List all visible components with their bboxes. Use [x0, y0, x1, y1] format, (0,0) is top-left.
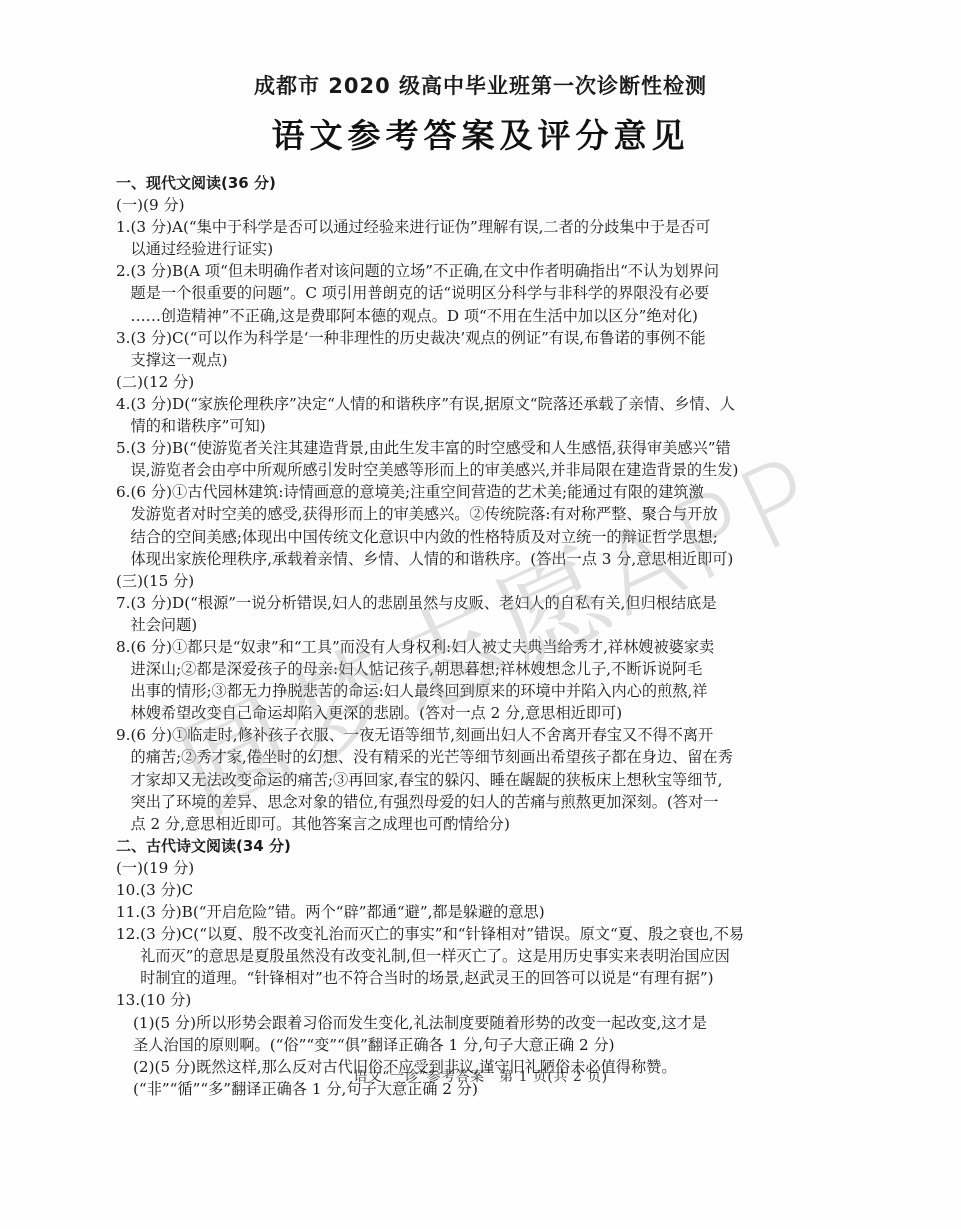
page-footer: 语文“一诊”参考答案 第 1 页(共 2 页) [0, 1066, 961, 1086]
answer-line: (3 分)C [140, 879, 851, 901]
item-number: 11. [116, 901, 140, 923]
answer-line: (3 分)D(“家族伦理秩序”决定“人情的和谐秩序”有误,据原文“院落还承载了亲… [131, 393, 852, 415]
answer-line: 情的和谐秩序”可知) [131, 415, 852, 437]
answer-line: (3 分)C(“以夏、殷不改变礼治而灭亡的事实”和“针锋相对”错误。原文“夏、殷… [140, 923, 851, 945]
item-number: 4. [116, 393, 131, 437]
item-number: 13. [116, 989, 140, 1011]
part-heading: (二)(12 分) [116, 371, 851, 393]
answer-item-13: 13. (10 分) [116, 989, 851, 1011]
answer-line: (6 分)①都只是“奴隶”和“工具”而没有人身权利:妇人被丈夫典当给秀才,祥林嫂… [131, 636, 852, 658]
answer-line: (3 分)B(A 项“但未明确作者对该问题的立场”不正确,在文中作者明确指出“不… [131, 260, 852, 282]
answer-line: 发游览者对时空美的感受,获得形而上的审美感兴。②传统院落:有对称严整、聚合与开放 [131, 503, 852, 525]
answer-line: 以通过经验进行证实) [131, 238, 852, 260]
item-number: 7. [116, 592, 131, 636]
answer-line: 突出了环境的差异、思念对象的错位,有强烈母爱的妇人的苦痛与煎熬更加深刻。(答对一 [131, 791, 852, 813]
answer-line: 时制宜的道理。“针锋相对”也不符合当时的场景,赵武灵王的回答可以说是“有理有据”… [140, 967, 851, 989]
item-number: 2. [116, 260, 131, 326]
answer-line: 进深山;②都是深爱孩子的母亲:妇人惦记孩子,朝思暮想;祥林嫂想念儿子,不断诉说阿… [131, 658, 852, 680]
answer-item-2: 2. (3 分)B(A 项“但未明确作者对该问题的立场”不正确,在文中作者明确指… [116, 260, 851, 326]
answer-line: (6 分)①古代园林建筑:诗情画意的意境美;注重空间营造的艺术美;能通过有限的建… [131, 481, 852, 503]
section-heading-modern-reading: 一、现代文阅读(36 分) [116, 172, 851, 194]
item-number: 9. [116, 724, 131, 834]
part-heading: (三)(15 分) [116, 570, 851, 592]
answer-item-12: 12. (3 分)C(“以夏、殷不改变礼治而灭亡的事实”和“针锋相对”错误。原文… [116, 923, 851, 989]
answer-line: (1)(5 分)所以形势会跟着习俗而发生变化,礼法制度要随着形势的改变一起改变,… [133, 1012, 851, 1034]
item-number: 6. [116, 481, 131, 569]
answer-item-1: 1. (3 分)A(“集中于科学是否可以通过经验来进行证伪”理解有误,二者的分歧… [116, 216, 851, 260]
answer-item-13-sub1: (1)(5 分)所以形势会跟着习俗而发生变化,礼法制度要随着形势的改变一起改变,… [116, 1012, 851, 1056]
answer-line: ……创造精神”不正确,这是费耶阿本德的观点。D 项“不用在生活中加以区分”绝对化… [131, 305, 852, 327]
answer-line: 林嫂希望改变自己命运却陷入更深的悲剧。(答对一点 2 分,意思相近即可) [131, 702, 852, 724]
answer-item-8: 8. (6 分)①都只是“奴隶”和“工具”而没有人身权利:妇人被丈夫典当给秀才,… [116, 636, 851, 724]
item-number: 10. [116, 879, 140, 901]
answer-line: (3 分)D(“根源”一说分析错误,妇人的悲剧虽然与皮贩、老妇人的自私有关,但归… [131, 592, 852, 614]
answer-item-11: 11. (3 分)B(“开启危险”错。两个“辟”都通“避”,都是躲避的意思) [116, 901, 851, 923]
item-number: 1. [116, 216, 131, 260]
answer-item-7: 7. (3 分)D(“根源”一说分析错误,妇人的悲剧虽然与皮贩、老妇人的自私有关… [116, 592, 851, 636]
answer-line: 点 2 分,意思相近即可。其他答案言之成理也可酌情给分) [131, 813, 852, 835]
section-heading-classical-reading: 二、古代诗文阅读(34 分) [116, 835, 851, 857]
item-number: 8. [116, 636, 131, 724]
answer-item-5: 5. (3 分)B(“使游览者关注其建造背景,由此生发丰富的时空感受和人生感悟,… [116, 437, 851, 481]
answer-line: 体现出家族伦理秩序,承载着亲情、乡情、人情的和谐秩序。(答出一点 3 分,意思相… [131, 548, 852, 570]
answer-item-6: 6. (6 分)①古代园林建筑:诗情画意的意境美;注重空间营造的艺术美;能通过有… [116, 481, 851, 569]
answer-item-9: 9. (6 分)①临走时,修补孩子衣服、一夜无语等细节,刻画出妇人不舍离开春宝又… [116, 724, 851, 834]
document-page: 成都市 2020 级高中毕业班第一次诊断性检测 语文参考答案及评分意见 一、现代… [0, 0, 961, 1229]
answer-line: (3 分)A(“集中于科学是否可以通过经验来进行证伪”理解有误,二者的分歧集中于… [131, 216, 852, 238]
item-number: 5. [116, 437, 131, 481]
answer-content: 一、现代文阅读(36 分) (一)(9 分) 1. (3 分)A(“集中于科学是… [116, 172, 851, 1100]
answer-line: (3 分)B(“使游览者关注其建造背景,由此生发丰富的时空感受和人生感悟,获得审… [131, 437, 852, 459]
answer-line: 圣人治国的原则啊。(“俗”“变”“俱”翻译正确各 1 分,句子大意正确 2 分) [133, 1034, 851, 1056]
part-heading: (一)(19 分) [116, 857, 851, 879]
answer-line: 误,游览者会由亭中所观所感引发时空美感等形而上的审美感兴,并非局限在建造背景的生… [131, 459, 852, 481]
answer-line: 才家却又无法改变命运的痛苦;③再回家,春宝的躲闪、睡在龌龊的狭板床上想秋宝等细节… [131, 769, 852, 791]
answer-item-10: 10. (3 分)C [116, 879, 851, 901]
part-heading: (一)(9 分) [116, 194, 851, 216]
answer-line: (10 分) [140, 989, 851, 1011]
answer-item-4: 4. (3 分)D(“家族伦理秩序”决定“人情的和谐秩序”有误,据原文“院落还承… [116, 393, 851, 437]
answer-line: (3 分)C(“可以作为科学是‘一种非理性的历史裁决’观点的例证”有误,布鲁诺的… [131, 327, 852, 349]
item-number: 3. [116, 327, 131, 371]
answer-line: (3 分)B(“开启危险”错。两个“辟”都通“避”,都是躲避的意思) [140, 901, 851, 923]
item-number: 12. [116, 923, 140, 989]
answer-line: 社会问题) [131, 614, 852, 636]
answer-line: 题是一个很重要的问题”。C 项引用普朗克的话“说明区分科学与非科学的界限没有必要 [131, 282, 852, 304]
answer-item-3: 3. (3 分)C(“可以作为科学是‘一种非理性的历史裁决’观点的例证”有误,布… [116, 327, 851, 371]
answer-line: 出事的情形;③都无力挣脱悲苦的命运:妇人最终回到原来的环境中并陷入内心的煎熬,祥 [131, 680, 852, 702]
document-title: 语文参考答案及评分意见 [0, 110, 961, 157]
exam-title: 成都市 2020 级高中毕业班第一次诊断性检测 [0, 70, 961, 100]
answer-line: 支撑这一观点) [131, 349, 852, 371]
answer-line: (6 分)①临走时,修补孩子衣服、一夜无语等细节,刻画出妇人不舍离开春宝又不得不… [131, 724, 852, 746]
answer-line: 结合的空间美感;体现出中国传统文化意识中内敛的性格特质及对立统一的辩证哲学思想; [131, 526, 852, 548]
answer-line: 的痛苦;②秀才家,倦坐时的幻想、没有精采的光芒等细节刻画出希望孩子都在身边、留在… [131, 746, 852, 768]
answer-line: 礼而灭”的意思是夏殷虽然没有改变礼制,但一样灭亡了。这是用历史事实来表明治国应因 [140, 945, 851, 967]
